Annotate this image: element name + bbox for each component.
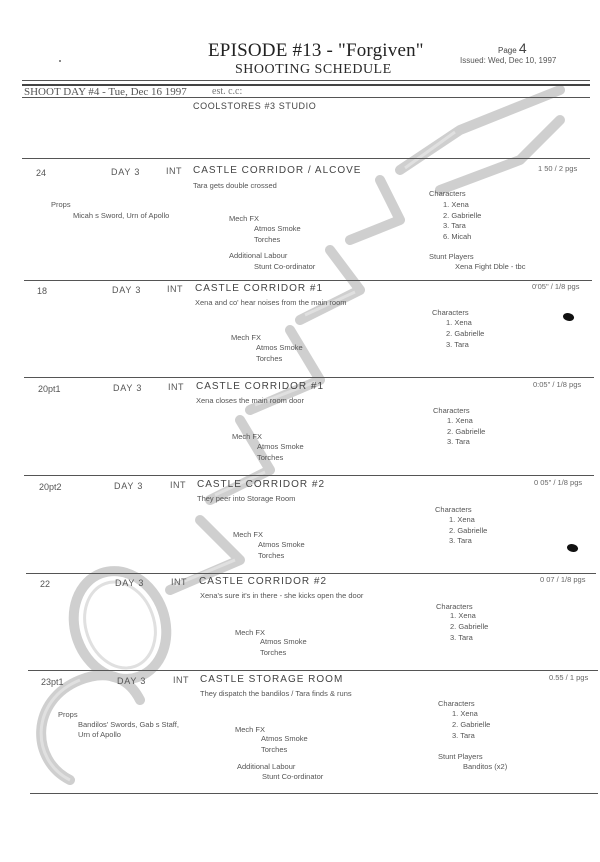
- character-item: 2. Gabrielle: [443, 211, 481, 220]
- labour-item: Stunt Co-ordinator: [262, 772, 323, 781]
- ink-blot: [566, 542, 579, 554]
- scene-day: DAY 3: [115, 578, 144, 588]
- ink-blot: [562, 311, 575, 323]
- character-item: 1. Xena: [446, 318, 472, 327]
- scene-set: CASTLE CORRIDOR #2: [197, 479, 325, 490]
- character-item: 1. Xena: [452, 709, 478, 718]
- issued-date: Issued: Wed, Dec 10, 1997: [460, 56, 556, 65]
- mechfx-item: Torches: [261, 745, 287, 754]
- stunt-label: Stunt Players: [438, 752, 483, 761]
- episode-title: EPISODE #13 - "Forgiven": [208, 40, 424, 62]
- scene-set: CASTLE STORAGE ROOM: [200, 674, 343, 685]
- stunt-item: Xena Fight Dble - tbc: [455, 262, 525, 271]
- mechfx-item: Torches: [258, 551, 284, 560]
- scene-number: 23pt1: [41, 677, 64, 687]
- mechfx-label: Mech FX: [233, 530, 263, 539]
- character-item: 2. Gabrielle: [452, 720, 490, 729]
- character-item: 3. Tara: [450, 633, 473, 642]
- scene-day: DAY 3: [113, 383, 142, 393]
- scene-set: CASTLE CORRIDOR #2: [199, 576, 327, 587]
- shoot-day-rule: [22, 97, 590, 98]
- character-item: 6. Micah: [443, 232, 471, 241]
- scene-description: They peer into Storage Room: [197, 494, 295, 503]
- prop-item: Urn of Apollo: [78, 730, 121, 739]
- page-label: Page: [498, 46, 517, 55]
- character-item: 3. Tara: [452, 731, 475, 740]
- page-number-value: 4: [519, 40, 527, 56]
- mechfx-item: Atmos Smoke: [256, 343, 303, 352]
- characters-label: Characters: [436, 602, 473, 611]
- stunt-label: Stunt Players: [429, 252, 474, 261]
- props-label: Props: [58, 710, 78, 719]
- scene-set: CASTLE CORRIDOR / ALCOVE: [193, 165, 361, 176]
- scene-divider: [24, 280, 592, 281]
- mechfx-label: Mech FX: [232, 432, 262, 441]
- mechfx-item: Torches: [256, 354, 282, 363]
- character-item: 2. Gabrielle: [447, 427, 485, 436]
- mechfx-label: Mech FX: [231, 333, 261, 342]
- character-item: 3. Tara: [443, 221, 466, 230]
- scene-divider: [24, 475, 594, 476]
- character-item: 3. Tara: [449, 536, 472, 545]
- scene-number: 18: [37, 286, 47, 296]
- character-item: 1. Xena: [449, 515, 475, 524]
- scene-number: 22: [40, 579, 50, 589]
- character-item: 1. Xena: [450, 611, 476, 620]
- character-item: 2. Gabrielle: [449, 526, 487, 535]
- scene-length: 0'05" / 1/8 pgs: [532, 282, 579, 291]
- labour-label: Additional Labour: [229, 251, 287, 260]
- characters-label: Characters: [435, 505, 472, 514]
- character-item: 2. Gabrielle: [450, 622, 488, 631]
- characters-label: Characters: [438, 699, 475, 708]
- scene-int-ext: INT: [168, 382, 184, 392]
- schedule-subtitle: SHOOTING SCHEDULE: [235, 62, 392, 78]
- character-item: 1. Xena: [447, 416, 473, 425]
- mechfx-label: Mech FX: [229, 214, 259, 223]
- mechfx-item: Torches: [257, 453, 283, 462]
- scene-day: DAY 3: [112, 285, 141, 295]
- characters-label: Characters: [432, 308, 469, 317]
- scene-set: CASTLE CORRIDOR #1: [195, 283, 323, 294]
- labour-item: Stunt Co-ordinator: [254, 262, 315, 271]
- mechfx-item: Atmos Smoke: [260, 637, 307, 646]
- props-label: Props: [51, 200, 71, 209]
- mechfx-label: Mech FX: [235, 628, 265, 637]
- scene-divider: [24, 377, 594, 378]
- mechfx-item: Torches: [260, 648, 286, 657]
- characters-label: Characters: [429, 189, 466, 198]
- scene-length: 0:05" / 1/8 pgs: [533, 380, 581, 389]
- characters-label: Characters: [433, 406, 470, 415]
- header-rule: [22, 80, 590, 81]
- scene-divider: [28, 670, 598, 671]
- mechfx-label: Mech FX: [235, 725, 265, 734]
- mechfx-item: Torches: [254, 235, 280, 244]
- page-number: Page 4: [498, 40, 527, 56]
- scene-description: Xena and co' hear noises from the main r…: [195, 298, 347, 307]
- scan-speck: [59, 60, 61, 62]
- scene-length: 0 07 / 1/8 pgs: [540, 575, 585, 584]
- prop-item: Micah s Sword, Urn of Apollo: [73, 211, 169, 220]
- scene-divider: [22, 158, 590, 159]
- labour-label: Additional Labour: [237, 762, 295, 771]
- scene-description: Xena's sure it's in there - she kicks op…: [200, 591, 363, 600]
- character-item: 1. Xena: [443, 200, 469, 209]
- mechfx-item: Atmos Smoke: [258, 540, 305, 549]
- scene-number: 20pt1: [38, 384, 61, 394]
- scene-number: 24: [36, 168, 46, 178]
- character-item: 3. Tara: [447, 437, 470, 446]
- character-item: 3. Tara: [446, 340, 469, 349]
- scene-description: They dispatch the bandilos / Tara finds …: [200, 689, 352, 698]
- stunt-item: Banditos (x2): [463, 762, 507, 771]
- scene-int-ext: INT: [167, 284, 183, 294]
- scene-set: CASTLE CORRIDOR #1: [196, 381, 324, 392]
- scene-int-ext: INT: [171, 577, 187, 587]
- scene-length: 0.55 / 1 pgs: [549, 673, 588, 682]
- scene-description: Tara gets double crossed: [193, 181, 277, 190]
- scene-int-ext: INT: [170, 480, 186, 490]
- mechfx-item: Atmos Smoke: [261, 734, 308, 743]
- scene-day: DAY 3: [114, 481, 143, 491]
- scene-divider: [30, 793, 598, 794]
- scene-description: Xena closes the main room door: [196, 396, 304, 405]
- mechfx-item: Atmos Smoke: [254, 224, 301, 233]
- character-item: 2. Gabrielle: [446, 329, 484, 338]
- scene-number: 20pt2: [39, 482, 62, 492]
- scene-length: 0 05" / 1/8 pgs: [534, 478, 582, 487]
- scene-day: DAY 3: [111, 167, 140, 177]
- scene-day: DAY 3: [117, 676, 146, 686]
- scene-divider: [26, 573, 596, 574]
- scene-length: 1 50 / 2 pgs: [538, 164, 577, 173]
- studio-location: COOLSTORES #3 STUDIO: [193, 101, 316, 111]
- estimate: est. c.c:: [212, 86, 242, 97]
- mechfx-item: Atmos Smoke: [257, 442, 304, 451]
- scene-int-ext: INT: [166, 166, 182, 176]
- prop-item: Bandilos' Swords, Gab s Staff,: [78, 720, 179, 729]
- schedule-page: EPISODE #13 - "Forgiven" SHOOTING SCHEDU…: [0, 0, 600, 862]
- scene-int-ext: INT: [173, 675, 189, 685]
